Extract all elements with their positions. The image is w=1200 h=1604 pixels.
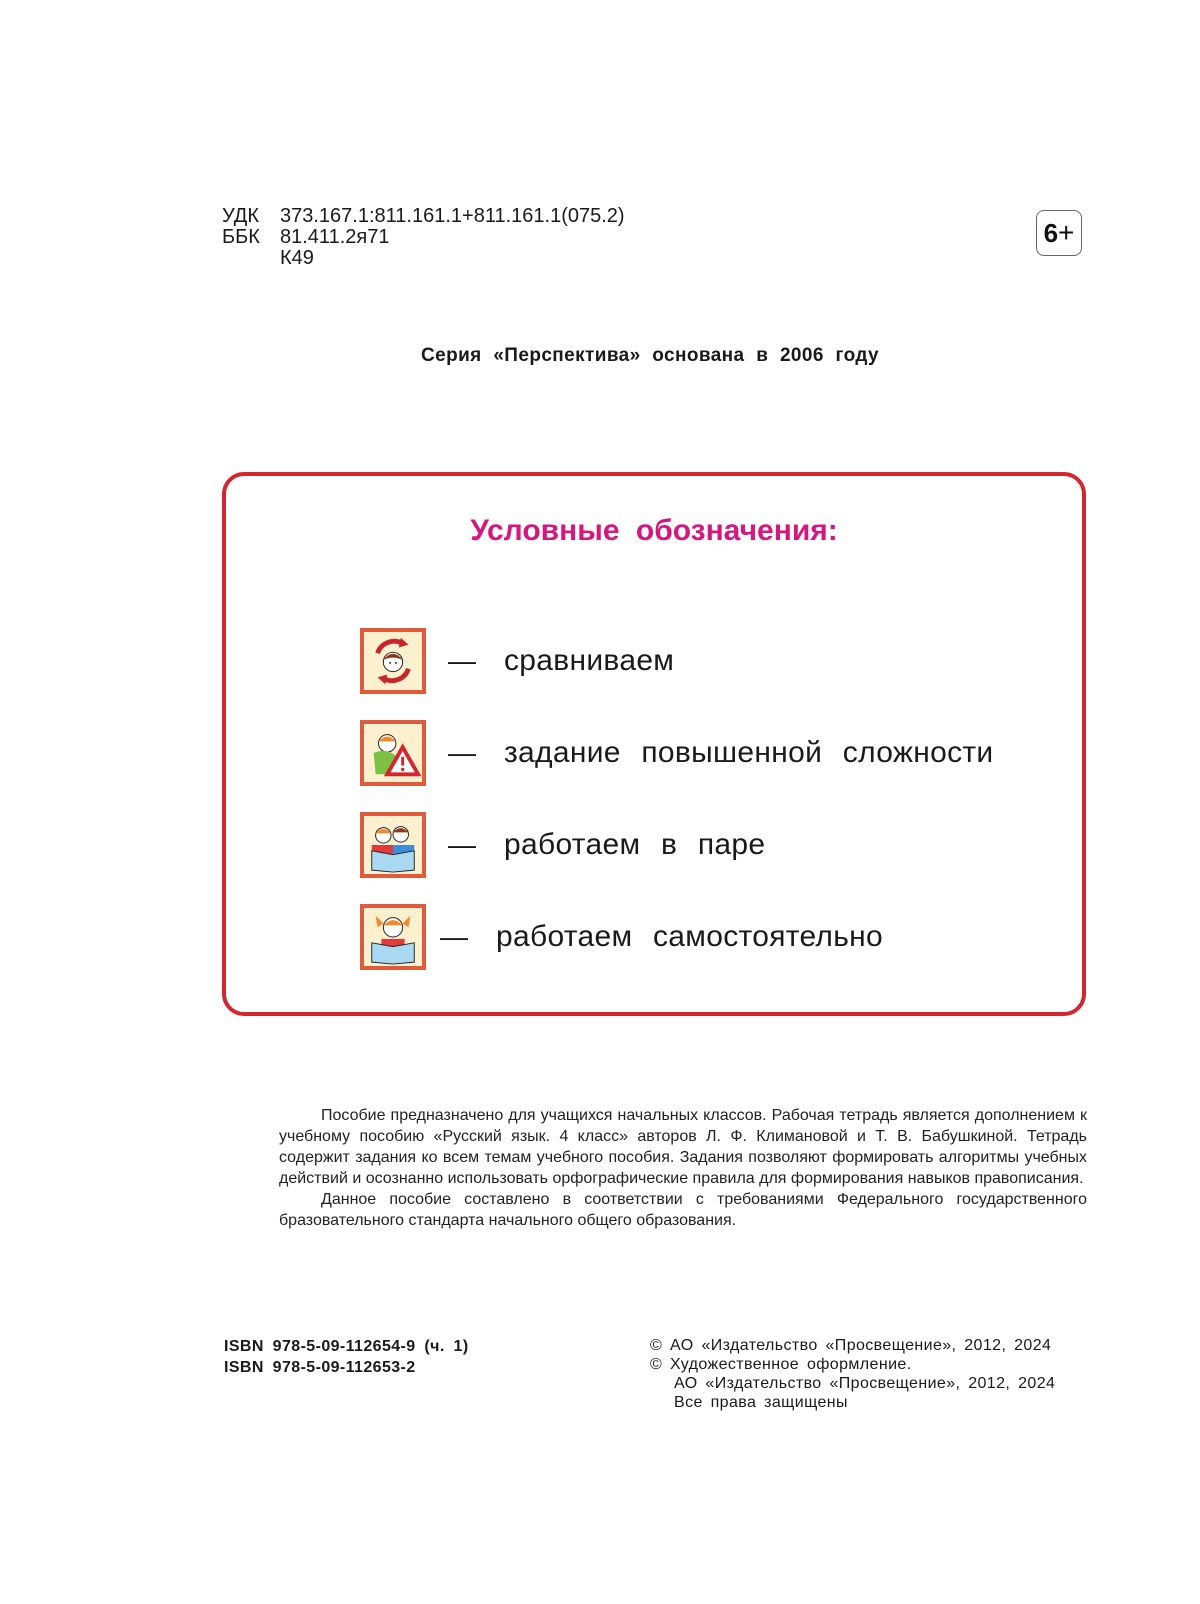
age-rating-badge: 6+ — [1036, 210, 1082, 256]
legend-item-independent-work: — работаем самостоятельно — [360, 904, 883, 970]
legend-item-compare: — сравниваем — [360, 628, 674, 694]
series-line: Серия «Перспектива» основана в 2006 году — [0, 345, 1200, 367]
legend-label: работаем самостоятельно — [496, 920, 883, 954]
legend-item-hard-task: — задание повышенной сложности — [360, 720, 993, 786]
pair-work-icon — [360, 812, 426, 878]
annotation-paragraph: Данное пособие составлено в соответствии… — [279, 1189, 1087, 1231]
legend-dash: — — [448, 829, 504, 861]
copyright-line: АО «Издательство «Просвещение», 2012, 20… — [650, 1374, 1055, 1393]
isbn-line: ISBN 978-5-09-112653-2 — [224, 1357, 469, 1378]
classification-block: УДК373.167.1:811.161.1+811.161.1(075.2) … — [222, 206, 625, 269]
copyright-line: © Художественное оформление. — [650, 1355, 1055, 1374]
legend-label: сравниваем — [504, 644, 674, 678]
compare-icon — [360, 628, 426, 694]
bbk-value: 81.411.2я71 — [280, 227, 389, 248]
legend-box: Условные обозначения: — сравниваем — [222, 472, 1086, 1016]
isbn-line: ISBN 978-5-09-112654-9 (ч. 1) — [224, 1336, 469, 1357]
legend-title: Условные обозначения: — [226, 514, 1082, 548]
author-mark: К49 — [280, 248, 314, 269]
independent-work-icon — [360, 904, 426, 970]
annotation-paragraph: Пособие предназначено для учащихся начал… — [279, 1105, 1087, 1189]
age-rating-plus: + — [1058, 217, 1074, 249]
udk-label: УДК — [222, 206, 280, 227]
legend-item-pair-work: — работаем в паре — [360, 812, 765, 878]
legend-dash: — — [448, 737, 504, 769]
annotation: Пособие предназначено для учащихся начал… — [279, 1105, 1087, 1231]
legend-label: задание повышенной сложности — [504, 736, 993, 770]
legend-dash: — — [448, 645, 504, 677]
isbn-block: ISBN 978-5-09-112654-9 (ч. 1) ISBN 978-5… — [224, 1336, 469, 1378]
legend-dash: — — [440, 921, 496, 953]
legend-label: работаем в паре — [504, 828, 765, 862]
bbk-label: ББК — [222, 227, 280, 248]
age-rating-number: 6 — [1044, 218, 1058, 249]
warning-icon — [360, 720, 426, 786]
rights-reserved: Все права защищены — [650, 1393, 1055, 1412]
copyright-line: © АО «Издательство «Просвещение», 2012, … — [650, 1336, 1055, 1355]
copyright-block: © АО «Издательство «Просвещение», 2012, … — [650, 1336, 1055, 1412]
udk-value: 373.167.1:811.161.1+811.161.1(075.2) — [280, 206, 625, 227]
